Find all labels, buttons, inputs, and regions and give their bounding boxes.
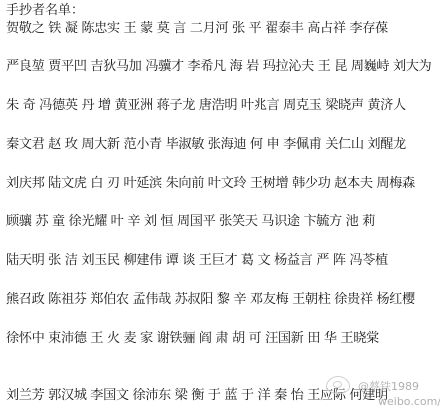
- name-line-9: 徐怀中 束沛德 王 火 麦 家 谢铁骊 阎 肃 胡 可 汪国新 田 华 王晓棠: [6, 330, 379, 348]
- name-line-6: 顾骧 苏 童 徐光耀 叶 辛 刘 恒 周国平 张笑天 马识途 卞毓方 池 莉: [6, 213, 375, 231]
- name-line-4: 秦文君 赵 玫 周大新 范小青 毕淑敏 张海迪 何 申 李佩甫 关仁山 刘醒龙: [6, 136, 406, 154]
- weibo-watermark: @蔡铁1989 weibo.com/wenxian: [318, 376, 438, 410]
- weibo-logo-icon: [326, 376, 350, 394]
- name-line-8: 熊召政 陈祖芬 郑伯农 孟伟哉 苏叔阳 黎 辛 邓友梅 王朝柱 徐贵祥 杨红樱: [6, 291, 415, 309]
- list-heading: 手抄者名单：: [6, 2, 84, 20]
- name-line-7: 陆天明 张 洁 刘玉民 柳建伟 谭 谈 王巨才 葛 文 杨益言 严 阵 冯苓植: [6, 252, 388, 270]
- name-line-2: 严良堃 贾平凹 吉狄马加 冯骥才 李希凡 海 岩 玛拉沁夫 王 昆 周巍峙 刘大…: [6, 58, 431, 76]
- watermark-handle: @蔡铁1989: [358, 378, 419, 394]
- name-line-5: 刘庆邦 陆文虎 白 刃 叶延滨 朱向前 叶文玲 王树增 韩少功 赵本夫 周梅森: [6, 175, 415, 193]
- watermark-url: weibo.com/wenxian: [378, 395, 440, 408]
- name-line-3: 朱 奇 冯德英 丹 增 黄亚洲 蒋子龙 唐浩明 叶兆言 周克玉 梁晓声 黄济人: [6, 97, 406, 115]
- name-line-1: 贺敬之 铁 凝 陈忠实 王 蒙 莫 言 二月河 张 平 翟泰丰 高占祥 李存葆: [6, 20, 388, 38]
